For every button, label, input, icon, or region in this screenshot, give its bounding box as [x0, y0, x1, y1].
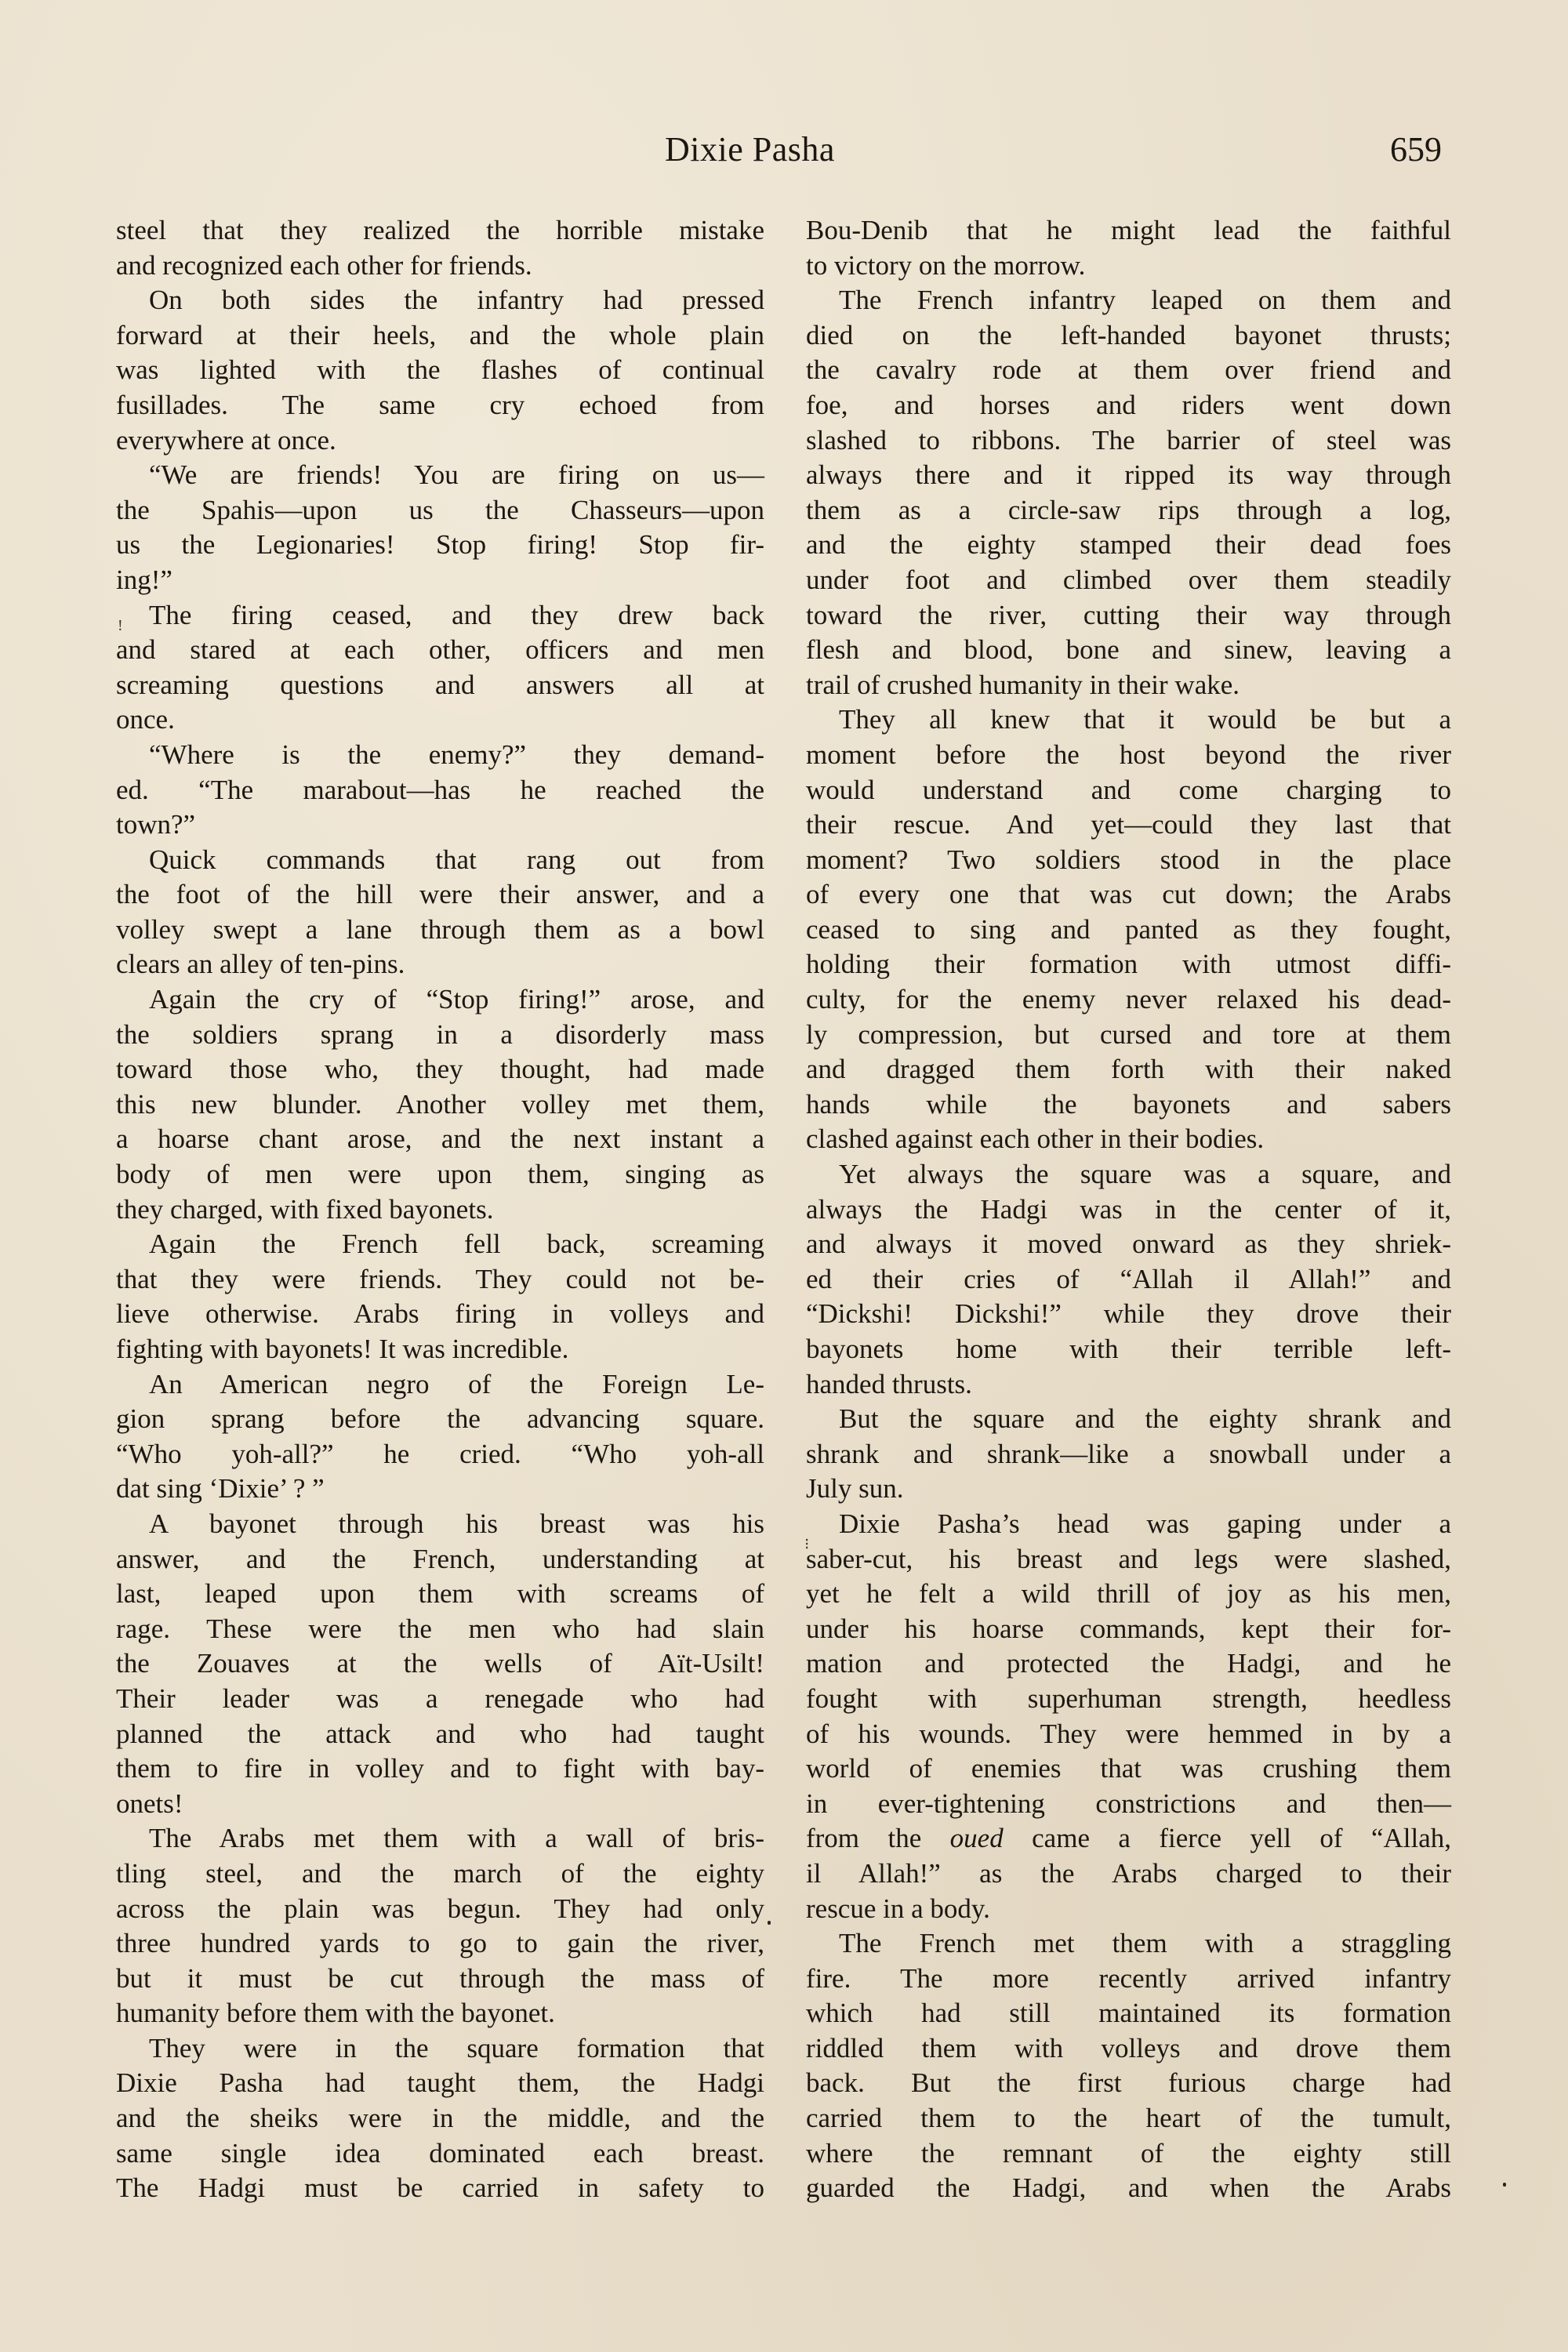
text-line: The firing ceased, and they drew back	[116, 598, 764, 633]
text-line: riddled them with volleys and drove them	[806, 2031, 1451, 2067]
text-line: fighting with bayonets! It was incredibl…	[116, 1332, 764, 1367]
text-line: saber-cut, his breast and legs were slas…	[806, 1542, 1451, 1577]
text-line: lieve otherwise. Arabs firing in volleys…	[116, 1297, 764, 1332]
text-line: Dixie Pasha had taught them, the Hadgi	[116, 2066, 764, 2101]
text-line: everywhere at once.	[116, 423, 764, 459]
text-line: town?”	[116, 808, 764, 843]
text-line: once.	[116, 702, 764, 738]
text-line: the cavalry rode at them over friend and	[806, 353, 1451, 388]
text-line: to victory on the morrow.	[806, 249, 1451, 284]
text-line: died on the left-handed bayonet thrusts;	[806, 318, 1451, 354]
text-line: under his hoarse commands, kept their fo…	[806, 1612, 1451, 1647]
left-column: steel that they realized the horrible mi…	[116, 213, 764, 2206]
text-line: carried them to the heart of the tumult,	[806, 2101, 1451, 2136]
text-line: Bou-Denib that he might lead the faithfu…	[806, 213, 1451, 249]
text-line: was lighted with the flashes of continua…	[116, 353, 764, 388]
text-line: fire. The more recently arrived infantry	[806, 1962, 1451, 1997]
text-line: “Where is the enemy?” they demand-	[116, 738, 764, 773]
running-head: Dixie Pasha 659	[0, 128, 1568, 172]
text-line: ed. “The marabout—has he reached the	[116, 773, 764, 808]
text-line: from the oued came a fierce yell of “All…	[806, 1821, 1451, 1857]
text-line: onets!	[116, 1787, 764, 1822]
text-line: the Zouaves at the wells of Aït-Usilt!	[116, 1646, 764, 1682]
text-line: three hundred yards to go to gain the ri…	[116, 1926, 764, 1962]
text-line: and the eighty stamped their dead foes	[806, 528, 1451, 563]
text-line: always there and it ripped its way throu…	[806, 458, 1451, 493]
text-line: always the Hadgi was in the center of it…	[806, 1192, 1451, 1228]
book-page: Dixie Pasha 659 steel that they realized…	[0, 0, 1568, 2352]
margin-mark-right: ⁝	[804, 1537, 809, 1552]
text-line: their rescue. And yet—could they last th…	[806, 808, 1451, 843]
page-number: 659	[1390, 128, 1442, 172]
text-line: would understand and come charging to	[806, 773, 1451, 808]
text-line: Their leader was a renegade who had	[116, 1682, 764, 1717]
text-line: il Allah!” as the Arabs charged to their	[806, 1857, 1451, 1892]
text-line: of his wounds. They were hemmed in by a	[806, 1717, 1451, 1752]
text-line: this new blunder. Another volley met the…	[116, 1087, 764, 1123]
text-line: holding their formation with utmost diff…	[806, 947, 1451, 982]
text-line: Quick commands that rang out from	[116, 843, 764, 878]
text-line: clears an alley of ten-pins.	[116, 947, 764, 982]
text-line: bayonets home with their terrible left-	[806, 1332, 1451, 1367]
text-line: guarded the Hadgi, and when the Arabs	[806, 2171, 1451, 2206]
text-line: moment? Two soldiers stood in the place	[806, 843, 1451, 878]
text-line: trail of crushed humanity in their wake.	[806, 668, 1451, 703]
text-line: them to fire in volley and to fight with…	[116, 1751, 764, 1787]
text-line: “We are friends! You are firing on us—	[116, 458, 764, 493]
text-line: culty, for the enemy never relaxed his d…	[806, 982, 1451, 1018]
text-line: Dixie Pasha’s head was gaping under a	[806, 1507, 1451, 1542]
text-line: and dragged them forth with their naked	[806, 1052, 1451, 1087]
text-line: “Who yoh-all?” he cried. “Who yoh-all	[116, 1437, 764, 1472]
text-line: A bayonet through his breast was his	[116, 1507, 764, 1542]
right-column: Bou-Denib that he might lead the faithfu…	[806, 213, 1451, 2206]
text-segment: came a fierce yell of “Allah,	[1004, 1823, 1451, 1853]
text-line: and the sheiks were in the middle, and t…	[116, 2101, 764, 2136]
running-title: Dixie Pasha	[665, 128, 835, 172]
text-line: “Dickshi! Dickshi!” while they drove the…	[806, 1297, 1451, 1332]
text-line: back. But the first furious charge had	[806, 2066, 1451, 2101]
text-line: and recognized each other for friends.	[116, 249, 764, 284]
text-line: toward the river, cutting their way thro…	[806, 598, 1451, 633]
text-line: They were in the square formation that	[116, 2031, 764, 2067]
text-line: in ever-tightening constrictions and the…	[806, 1787, 1451, 1822]
text-line: of every one that was cut down; the Arab…	[806, 877, 1451, 913]
text-line: forward at their heels, and the whole pl…	[116, 318, 764, 354]
text-line: across the plain was begun. They had onl…	[116, 1892, 764, 1927]
stray-dot	[1503, 2183, 1506, 2187]
text-line: volley swept a lane through them as a bo…	[116, 913, 764, 948]
text-line: a hoarse chant arose, and the next insta…	[116, 1122, 764, 1157]
text-line: yet he felt a wild thrill of joy as his …	[806, 1577, 1451, 1612]
text-line: dat sing ‘Dixie’ ? ”	[116, 1472, 764, 1507]
text-line: us the Legionaries! Stop firing! Stop fi…	[116, 528, 764, 563]
text-line: the soldiers sprang in a disorderly mass	[116, 1018, 764, 1053]
text-line: Again the cry of “Stop firing!” arose, a…	[116, 982, 764, 1018]
text-line: shrank and shrank—like a snowball under …	[806, 1437, 1451, 1472]
text-line: moment before the host beyond the river	[806, 738, 1451, 773]
text-line: Again the French fell back, screaming	[116, 1227, 764, 1262]
text-line: The French infantry leaped on them and	[806, 283, 1451, 318]
text-line: and always it moved onward as they shrie…	[806, 1227, 1451, 1262]
text-line: where the remnant of the eighty still	[806, 2136, 1451, 2172]
text-line: July sun.	[806, 1472, 1451, 1507]
text-line: ly compression, but cursed and tore at t…	[806, 1018, 1451, 1053]
text-line: The French met them with a straggling	[806, 1926, 1451, 1962]
text-line: screaming questions and answers all at	[116, 668, 764, 703]
text-line: The Arabs met them with a wall of bris-	[116, 1821, 764, 1857]
text-line: On both sides the infantry had pressed	[116, 283, 764, 318]
text-line: The Hadgi must be carried in safety to	[116, 2171, 764, 2206]
text-line: and stared at each other, officers and m…	[116, 633, 764, 668]
text-line: ceased to sing and panted as they fought…	[806, 913, 1451, 948]
text-line: body of men were upon them, singing as	[116, 1157, 764, 1192]
text-line: fought with superhuman strength, heedles…	[806, 1682, 1451, 1717]
text-line: rage. These were the men who had slain	[116, 1612, 764, 1647]
stray-dot	[768, 1921, 771, 1925]
text-line: fusillades. The same cry echoed from	[116, 388, 764, 423]
text-line: mation and protected the Hadgi, and he	[806, 1646, 1451, 1682]
text-line: ing!”	[116, 563, 764, 598]
text-line: under foot and climbed over them steadil…	[806, 563, 1451, 598]
text-line: which had still maintained its formation	[806, 1996, 1451, 2031]
text-line: the foot of the hill were their answer, …	[116, 877, 764, 913]
text-line: but it must be cut through the mass of	[116, 1962, 764, 1997]
italic-word: oued	[950, 1823, 1004, 1853]
text-line: clashed against each other in their bodi…	[806, 1122, 1451, 1157]
text-line: ed their cries of “Allah il Allah!” and	[806, 1262, 1451, 1298]
text-line: they charged, with fixed bayonets.	[116, 1192, 764, 1228]
text-line: handed thrusts.	[806, 1367, 1451, 1403]
text-line: that they were friends. They could not b…	[116, 1262, 764, 1298]
text-line: hands while the bayonets and sabers	[806, 1087, 1451, 1123]
text-line: rescue in a body.	[806, 1892, 1451, 1927]
text-line: They all knew that it would be but a	[806, 702, 1451, 738]
text-line: same single idea dominated each breast.	[116, 2136, 764, 2172]
text-line: last, leaped upon them with screams of	[116, 1577, 764, 1612]
text-line: humanity before them with the bayonet.	[116, 1996, 764, 2031]
text-line: Yet always the square was a square, and	[806, 1157, 1451, 1192]
text-line: flesh and blood, bone and sinew, leaving…	[806, 633, 1451, 668]
text-line: world of enemies that was crushing them	[806, 1751, 1451, 1787]
text-line: tling steel, and the march of the eighty	[116, 1857, 764, 1892]
text-line: gion sprang before the advancing square.	[116, 1402, 764, 1437]
text-line: them as a circle-saw rips through a log,	[806, 493, 1451, 528]
text-line: planned the attack and who had taught	[116, 1717, 764, 1752]
text-segment: from the	[806, 1823, 950, 1853]
text-line: foe, and horses and riders went down	[806, 388, 1451, 423]
text-line: An American negro of the Foreign Le-	[116, 1367, 764, 1403]
text-line: the Spahis—upon us the Chasseurs—upon	[116, 493, 764, 528]
margin-mark-left: !	[118, 618, 123, 633]
text-line: steel that they realized the horrible mi…	[116, 213, 764, 249]
text-line: slashed to ribbons. The barrier of steel…	[806, 423, 1451, 459]
text-line: answer, and the French, understanding at	[116, 1542, 764, 1577]
text-line: But the square and the eighty shrank and	[806, 1402, 1451, 1437]
text-line: toward those who, they thought, had made	[116, 1052, 764, 1087]
